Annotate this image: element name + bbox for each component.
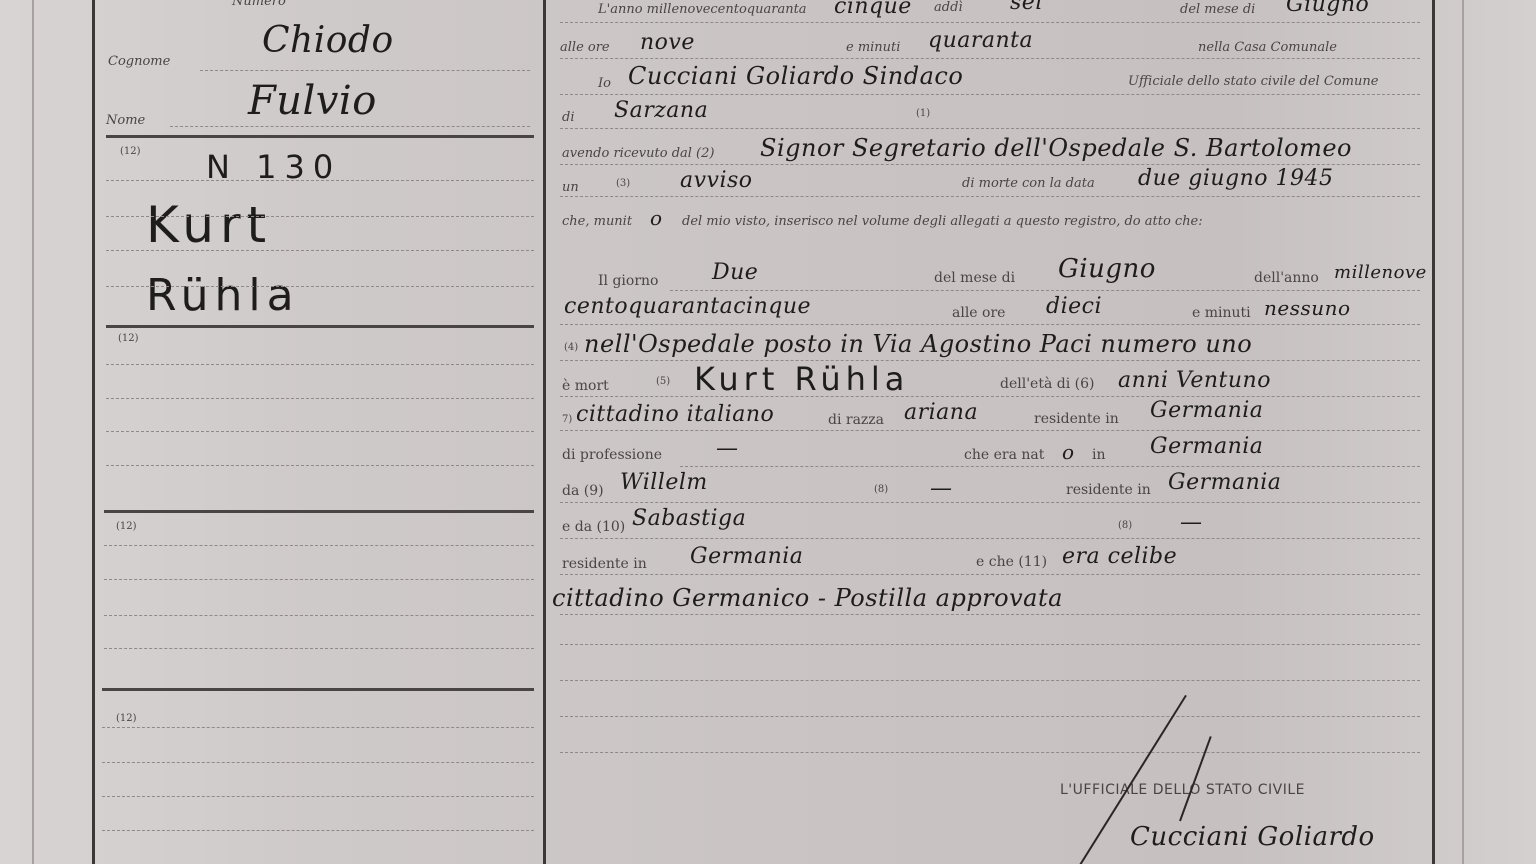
ore-label-2: alle ore [952,305,1005,321]
note-8-a: (8) [874,484,888,495]
hour-value-1: nove [640,30,695,55]
margin-line-16 [102,830,534,831]
eta-label: dell'età di (6) [1000,376,1094,392]
note-ref-12-c: (12) [116,521,137,532]
margin-line-8 [106,465,534,466]
cognome-value: Chiodo [262,20,394,61]
margin-line-1 [106,180,534,181]
day-value: sei [1010,0,1043,15]
cognome-label: Cognome [108,54,170,69]
residente-label-3: residente in [562,556,647,572]
minuti-label-1: e minuti [846,40,900,55]
munito-label: che, munit [562,214,632,229]
death-year-part-b: centoquarantacinque [564,294,811,319]
in-label: in [1092,447,1106,463]
note-ref-12-b: (12) [118,333,139,344]
month-value-1: Giugno [1286,0,1369,17]
eda-label: e da (10) [562,519,625,535]
deceased-last-name: Rühla [146,270,300,321]
note-1: (1) [916,108,930,119]
cognome-line [200,70,530,71]
deceased-first-name: Kurt [146,196,272,254]
death-hour-value: dieci [1046,294,1102,319]
anno-label: L'anno millenovecentoquaranta [598,2,807,17]
margin-line-6 [106,398,534,399]
right-edge-line [1462,0,1464,864]
avendo-label: avendo ricevuto dal (2) [562,146,714,161]
residence-value-1: Germania [1150,398,1263,423]
father-status-value: — [930,476,953,501]
deceased-name-body: Kurt Rühla [694,360,909,398]
margin-line-4 [106,286,534,287]
empty-line-2 [560,680,1420,681]
profession-value: — [716,436,739,461]
mese-label-2: del mese di [934,270,1015,286]
line16-rule [560,574,1420,575]
margin-line-13 [102,727,534,728]
section-divider-1 [106,135,534,138]
death-place-value: nell'Ospedale posto in Via Agostino Paci… [584,330,1252,358]
death-day-value: Due [712,260,758,285]
nome-value: Fulvio [248,78,377,124]
di-label: di [562,110,574,125]
mother-status-value: — [1180,510,1203,535]
giorno-label: Il giorno [598,273,658,289]
empty-line-4 [560,752,1420,753]
line14-rule [560,502,1420,503]
razza-value: ariana [904,400,978,425]
margin-line-5 [106,364,534,365]
nato-suffix: o [1062,440,1075,464]
notice-date-value: due giugno 1945 [1138,166,1334,191]
mother-name-value: Sabastiga [632,506,746,531]
note-5: (5) [656,376,670,387]
casa-comunale-label: nella Casa Comunale [1198,40,1337,55]
margin-line-11 [104,615,534,616]
line9-rule [560,324,1420,325]
professione-label: di professione [562,447,662,463]
death-minutes-value: nessuno [1264,296,1351,320]
io-label: Io [598,76,611,91]
note-3: (3) [616,178,630,189]
line3-rule [560,94,1420,95]
numero-label: Numero [232,0,286,9]
note-8-b: (8) [1118,520,1132,531]
ore-label-1: alle ore [560,40,610,55]
right-border [1432,0,1435,864]
officer-signature: Cucciani Goliardo [1130,822,1375,852]
register-page: Numero Cognome Chiodo Nome Fulvio (12) N… [0,0,1536,864]
section-divider-2 [106,325,534,328]
line17-rule [560,614,1420,615]
line5-rule [560,164,1420,165]
section-divider-3 [104,510,534,513]
mother-residence-value: Germania [690,544,803,569]
line8-rule [670,290,1420,291]
empty-line-3 [560,716,1420,717]
empty-line-1 [560,644,1420,645]
sender-value: Signor Segretario dell'Ospedale S. Barto… [760,134,1352,162]
line1-rule [560,22,1420,23]
note-ref-12-a: (12) [120,146,141,157]
line13-rule [680,466,1420,467]
death-month-value: Giugno [1058,254,1156,284]
line6-rule [560,196,1420,197]
note-7: 7) [562,414,572,425]
margin-line-15 [102,796,534,797]
death-year-part-a: millenove [1334,262,1427,283]
nome-label: Nome [106,113,145,128]
marital-status-value: era celibe [1062,544,1177,569]
munito-suffix: o [650,206,663,230]
line2-rule [560,58,1420,59]
section-divider-4 [102,688,534,691]
officer-name: Cucciani Goliardo Sindaco [628,62,963,90]
eche-label: e che (11) [976,554,1047,570]
nome-line [170,126,530,127]
note-4: (4) [564,342,578,353]
morte-data-label: di morte con la data [962,176,1095,191]
line12-rule [560,430,1420,431]
mort-label: è mort [562,378,609,394]
un-label: un [562,180,579,195]
residente-label-2: residente in [1066,482,1151,498]
line10-rule [560,360,1420,361]
officer-title: L'UFFICIALE DELLO STATO CIVILE [1060,782,1305,798]
margin-line-12 [104,648,534,649]
anno-label-2: dell'anno [1254,270,1319,286]
line4-rule [560,128,1420,129]
visto-label: del mio visto, inserisco nel volume degl… [682,214,1203,229]
year-word: cinque [834,0,912,19]
minuti-label-2: e minuti [1192,305,1251,321]
document-type-value: avviso [680,168,753,193]
father-name-value: Willelm [620,470,708,495]
residente-label-1: residente in [1034,411,1119,427]
minutes-value-1: quaranta [928,28,1033,53]
note-ref-12-d: (12) [116,713,137,724]
line15-rule [560,538,1420,539]
razza-label: di razza [828,412,884,428]
left-edge-line [32,0,34,864]
citizenship-value: cittadino italiano [576,402,774,427]
mese-label-1: del mese di [1180,2,1255,17]
birthplace-value: Germania [1150,434,1263,459]
da-label: da (9) [562,483,604,499]
addi-label: addì [934,0,963,15]
margin-line-9 [104,545,534,546]
age-value: anni Ventuno [1118,368,1271,393]
annotation-value: cittadino Germanico - Postilla approvata [552,584,1063,612]
margin-line-10 [104,579,534,580]
margin-line-7 [106,431,534,432]
signature-flourish-2 [1179,736,1212,821]
margin-line-2 [106,216,534,217]
line11-rule [560,396,1420,397]
margin-line-14 [102,762,534,763]
comune-value: Sarzana [614,98,708,123]
nato-label: che era nat [964,447,1044,463]
margin-left-border [92,0,95,864]
ufficiale-label: Ufficiale dello stato civile del Comune [1128,74,1378,89]
center-divider [543,0,546,864]
father-residence-value: Germania [1168,470,1281,495]
margin-line-3 [106,250,534,251]
